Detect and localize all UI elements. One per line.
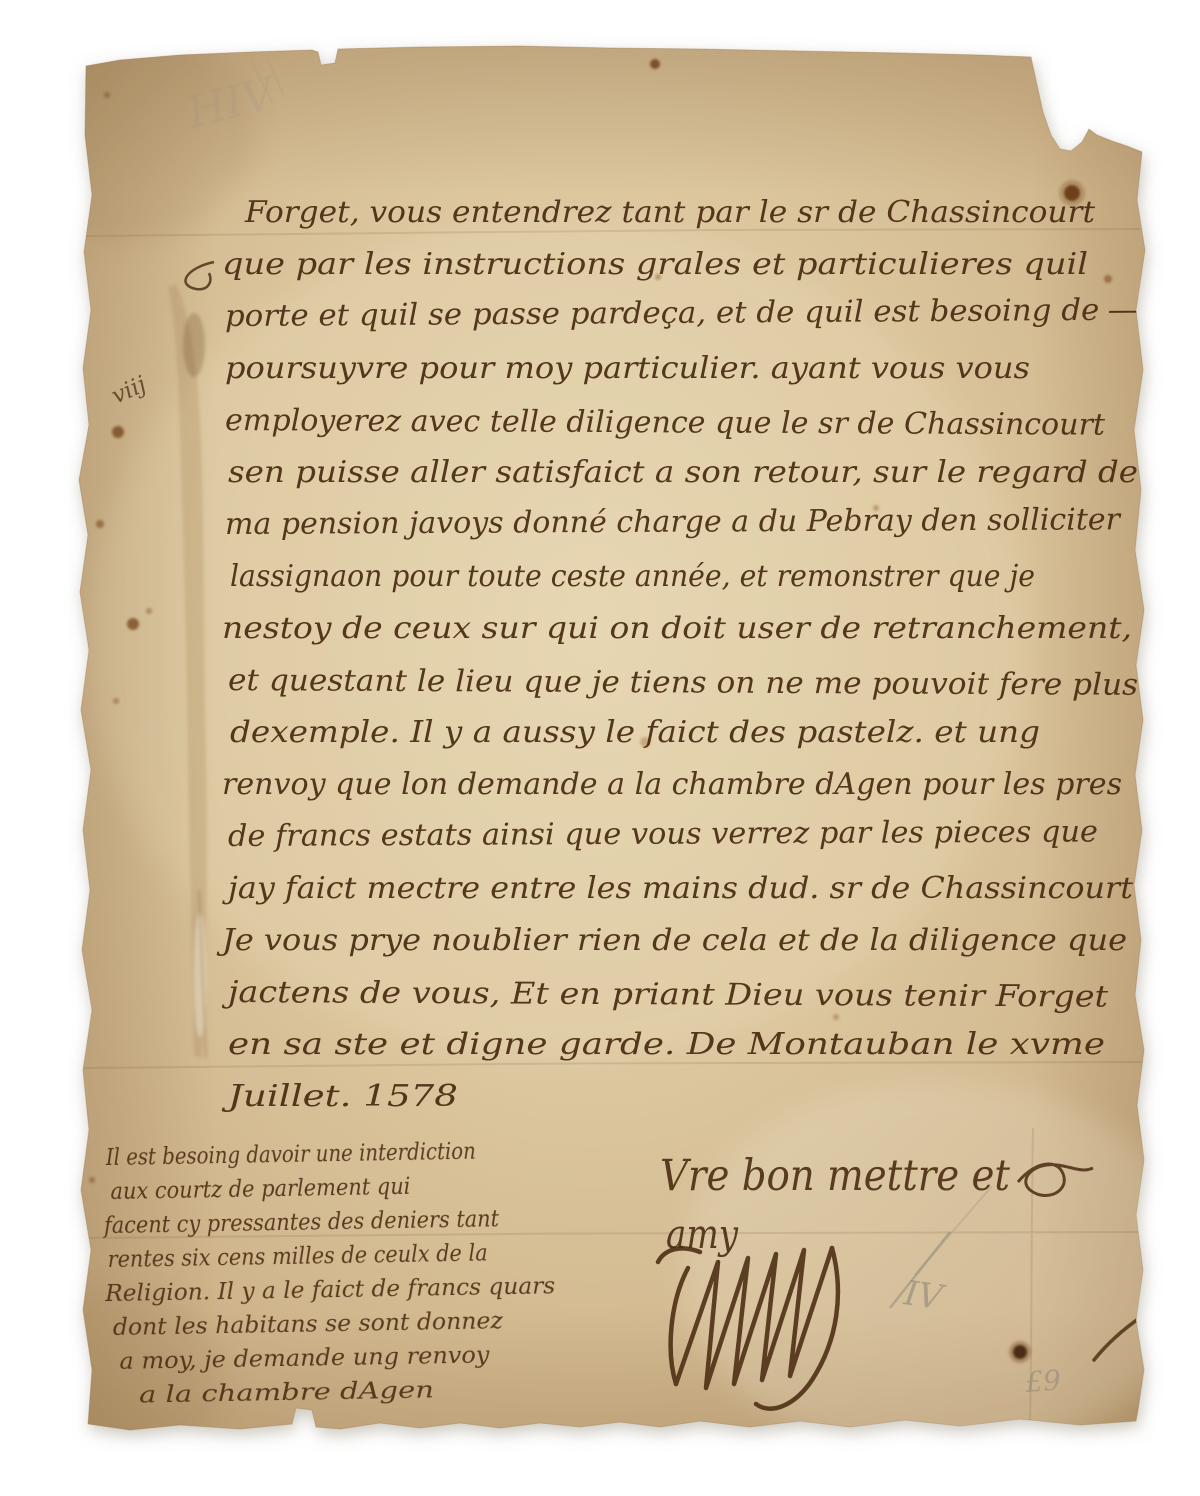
body-line: jactens de vous, Et en priant Dieu vous … [221,975,1109,1015]
body-line: Forget, vous entendrez tant par le sr de… [244,195,1096,230]
closing-line-2: amy [666,1212,739,1258]
postscript-line: aux courtz de parlement qui [110,1174,410,1205]
body-line: jay faict mectre entre les mains dud. sr… [222,871,1134,906]
body-line: et questant le lieu que je tiens on ne m… [228,663,1138,703]
body-line: employerez avec telle diligence que le s… [225,403,1106,443]
body-date-line: Juillet. 1578 [221,1079,458,1114]
body-line: en sa ste et digne garde. De Montauban l… [228,1027,1105,1062]
body-line: lassignaon pour toute ceste année, et re… [230,559,1035,594]
closing-line-1: Vre bon mettre et [660,1151,1011,1201]
body-line: poursuyvre pour moy particulier. ayant v… [225,351,1030,386]
postscript-line: a la chambre dAgen [139,1377,434,1408]
body-line: dexemple. Il y a aussy le faict des past… [230,715,1040,750]
body-line: que par les instructions grales et parti… [222,247,1088,282]
letter-scan: HIV viij Forget, vous entendrez tant par… [0,0,1200,1496]
letter-svg: HIV viij Forget, vous entendrez tant par… [0,0,1200,1496]
body-line: nestoy de ceux sur qui on doit user de r… [222,611,1132,646]
body-line: Je vous prye noublier rien de cela et de… [216,923,1127,958]
body-line: de francs estats ainsi que vous verrez p… [228,814,1098,854]
body-line: renvoy que lon demande a la chambre dAge… [222,767,1122,802]
body-line: porte et quil se passe pardeça, et de qu… [225,293,1141,334]
pencil-price-mark: £9 [1023,1364,1062,1399]
body-line: ma pension javoys donné charge a du Pebr… [225,502,1122,542]
body-line: sen puisse aller satisfaict a son retour… [228,455,1138,490]
